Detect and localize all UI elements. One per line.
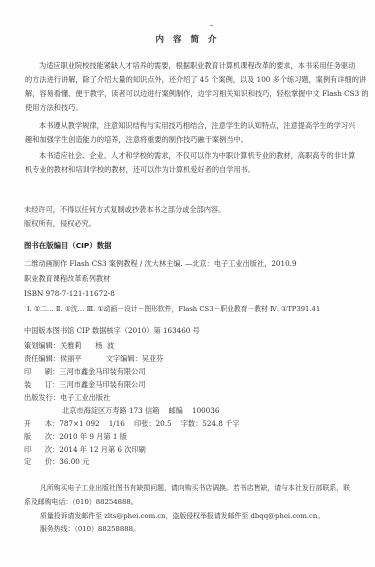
copyright-notice: 未经许可，不得以任何方式复制或抄袭本书之部分或全部内容。 [24, 206, 225, 213]
impression-row: 印 次：2014 年 12 月第 6 次印刷 [24, 446, 146, 453]
planning-editor-label: 策划编辑： [24, 341, 60, 350]
cip-series-line: 职业教育课程改革系列教材 [24, 275, 110, 282]
footer-service-hotline: 服务热线：（010）88258888。 [40, 526, 140, 533]
text-editor-label: 文字编辑： [106, 354, 142, 363]
impression-value: 2014 年 12 月第 6 次印刷 [59, 445, 146, 454]
printing-value: 三河市鑫金马印装有限公司 [59, 367, 145, 376]
price-row: 定 价：36.00 元 [24, 458, 89, 465]
responsible-editor-label: 责任编辑： [24, 354, 60, 363]
footer-complaint-email: 质量投诉请发邮件至 zlts@phei.com.cn，盗版侵权举报请发邮件至 d… [40, 513, 324, 520]
publisher-address: 北京市海淀区万寿路 173 信箱 邮编 100036 [62, 407, 219, 414]
summary-line: 机专业的教材和培训学校的教材，还可以作为计算机爱好者的自学用书。 [25, 163, 370, 177]
summary-paragraph-3: 本书适应社会、企业、人才和学校的需求，不仅可以作为中职计算机专业的教材，高职高专… [25, 149, 370, 177]
cip-verification: 中国版本图书馆 CIP 数据核字（2010）第 163460 号 [24, 327, 200, 334]
text-editor-value: 吴亚芬 [142, 354, 164, 363]
summary-line: 趣和加强学生创造能力的培养，注意将重要的制作技巧融于案例当中。 [25, 133, 370, 147]
summary-line: 本书适应社会、企业、人才和学校的需求，不仅可以作为中职计算机专业的教材，高职高专… [25, 149, 370, 163]
edition-label: 版 次： [24, 432, 59, 441]
cip-classification: Ⅰ. ①二… Ⅱ. ①沈… Ⅲ. ①动画－设计－图形软件，Flash CS3－职… [27, 306, 320, 313]
price-value: 36.00 元 [59, 457, 89, 466]
rights-reserved: 版权所有，侵权必究。 [24, 220, 96, 227]
footer-mail-order-phone: 系及邮购电话：（010）88254888。 [24, 499, 138, 506]
publisher-label: 出版发行： [24, 393, 60, 402]
publisher-row: 出版发行：电子工业出版社 [24, 394, 110, 401]
copyright-page: 内 容 简 介 为适应职业院校技能紧缺人才培养的需要，根据职业教育计算机课程改革… [0, 0, 375, 567]
printing-row: 印 刷：三河市鑫金马印装有限公司 [24, 368, 146, 375]
publisher-value: 电子工业出版社 [60, 393, 110, 402]
cip-isbn: ISBN 978-7-121-11672-8 [24, 290, 115, 297]
binding-label: 装 订： [24, 380, 59, 389]
format-label: 开 本： [24, 419, 59, 428]
binding-row: 装 订：三河市鑫金马印装有限公司 [24, 381, 146, 388]
edition-row: 版 次：2010 年 9 月第 1 版 [24, 433, 127, 440]
binding-value: 三河市鑫金马印装有限公司 [59, 380, 145, 389]
planning-editor-value: 关雅莉 杨 波 [60, 341, 114, 350]
responsible-editor-value: 侯丽平 [60, 354, 82, 363]
scan-mark [210, 25, 213, 26]
summary-paragraph-2: 本书遵从教学规律，注意知识结构与实用技巧相结合，注意学生的认知特点，注意提高学生… [25, 119, 370, 147]
summary-line: 的方法进行讲解，除了介绍大量的知识点外，还介绍了 45 个案例，以及 100 多… [25, 73, 370, 87]
summary-line: 使用方法和技巧。 [25, 101, 370, 115]
summary-line: 解，容易看懂、便于教学，读者可以边进行案例制作，边学习相关知识和技巧，轻松掌握中… [25, 87, 370, 101]
summary-line: 本书遵从教学规律，注意知识结构与实用技巧相结合，注意学生的认知特点，注意提高学生… [25, 119, 370, 133]
format-value: 787×1 092 1/16 印张：20.5 字数：524.8 千字 [59, 419, 239, 428]
format-row: 开 本：787×1 092 1/16 印张：20.5 字数：524.8 千字 [24, 420, 240, 427]
summary-line: 为适应职业院校技能紧缺人才培养的需要，根据职业教育计算机课程改革的要求，本书采用… [25, 59, 370, 73]
summary-title: 内 容 简 介 [0, 36, 375, 45]
responsible-editor-row: 责任编辑：侯丽平 文字编辑：吴亚芬 [24, 355, 163, 362]
cip-heading: 图书在版编目（CIP）数据 [24, 242, 112, 249]
summary-paragraph-1: 为适应职业院校技能紧缺人才培养的需要，根据职业教育计算机课程改革的要求，本书采用… [25, 59, 370, 115]
cip-title-line: 二维动画制作 Flash CS3 案例教程 / 沈大林主编. —北京：电子工业出… [24, 260, 297, 267]
impression-label: 印 次： [24, 445, 59, 454]
price-label: 定 价： [24, 457, 59, 466]
planning-editor-row: 策划编辑：关雅莉 杨 波 [24, 342, 114, 349]
edition-value: 2010 年 9 月第 1 版 [59, 432, 127, 441]
printing-label: 印 刷： [24, 367, 59, 376]
footer-defect-notice: 凡所购买电子工业出版社图书有缺损问题，请向购买书店调换。若书店售缺，请与本社发行… [40, 485, 350, 492]
